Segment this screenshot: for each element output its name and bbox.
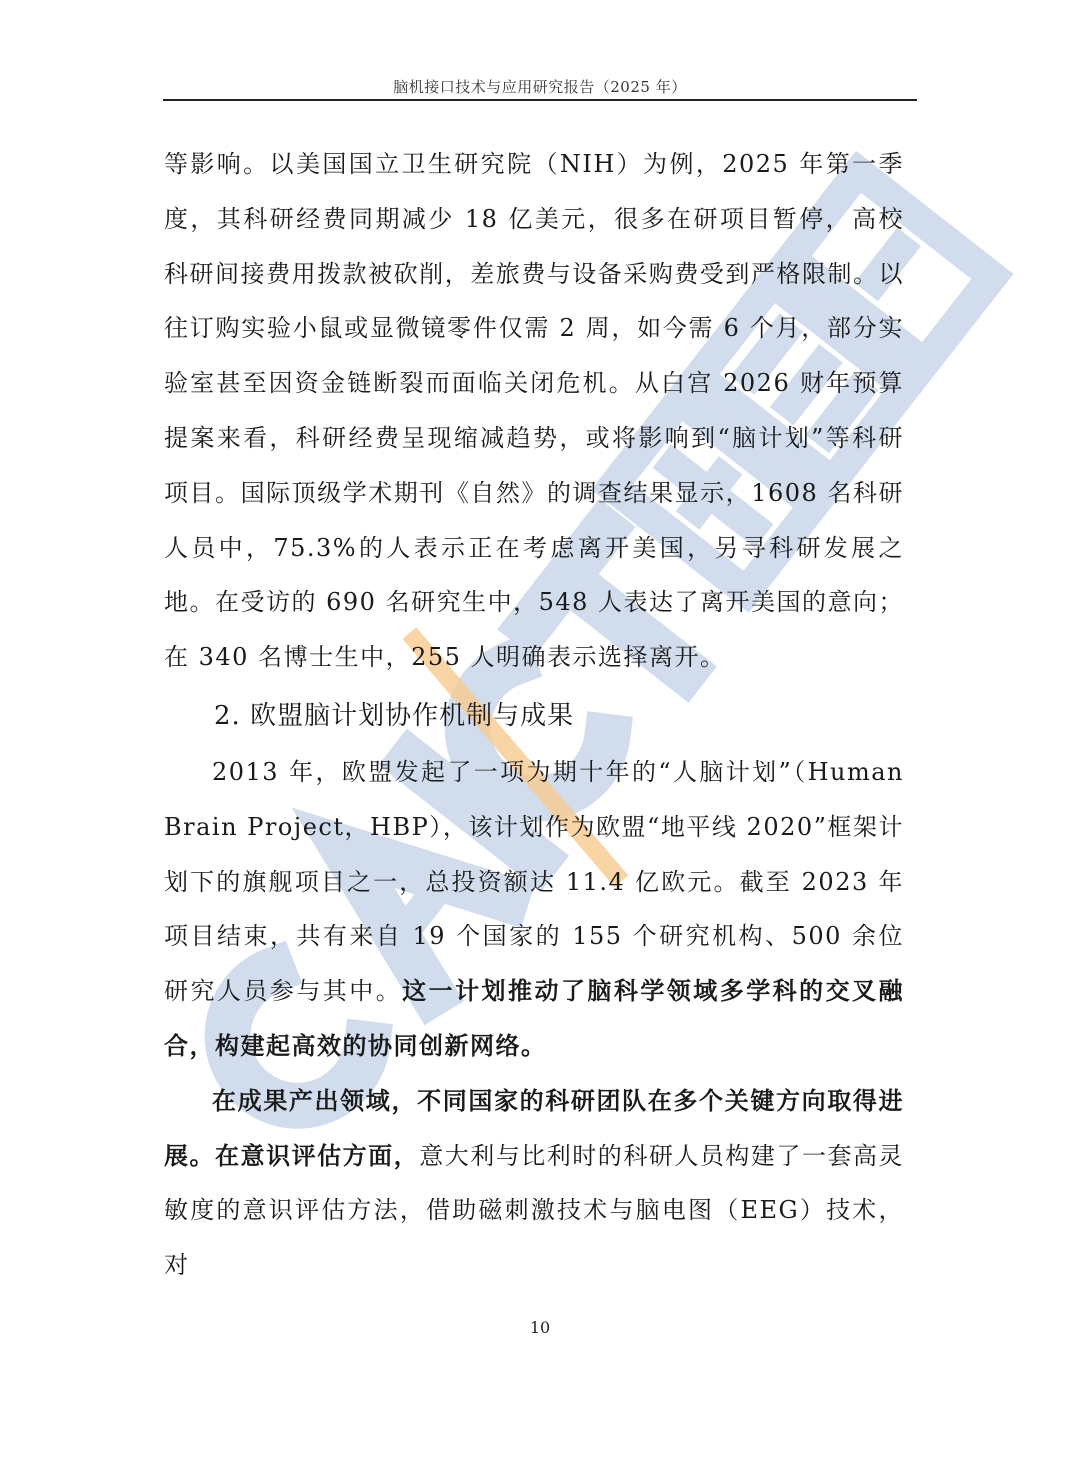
page-number: 10 [0, 1318, 1080, 1337]
section-heading: 2. 欧盟脑计划协作机制与成果 [164, 685, 904, 745]
paragraph-hbp-text: 2013 年，欧盟发起了一项为期十年的“人脑计划”（Human Brain Pr… [164, 758, 904, 1005]
paragraph-outcomes: 在成果产出领域，不同国家的科研团队在多个关键方向取得进展。在意识评估方面，意大利… [164, 1074, 904, 1293]
running-header: 脑机接口技术与应用研究报告（2025 年） [163, 76, 917, 97]
paragraph-hbp: 2013 年，欧盟发起了一项为期十年的“人脑计划”（Human Brain Pr… [164, 745, 904, 1074]
paragraph-nih-funding: 等影响。以美国国立卫生研究院（NIH）为例，2025 年第一季度，其科研经费同期… [164, 137, 904, 685]
document-body: 等影响。以美国国立卫生研究院（NIH）为例，2025 年第一季度，其科研经费同期… [164, 137, 904, 1293]
header-divider [163, 99, 917, 101]
